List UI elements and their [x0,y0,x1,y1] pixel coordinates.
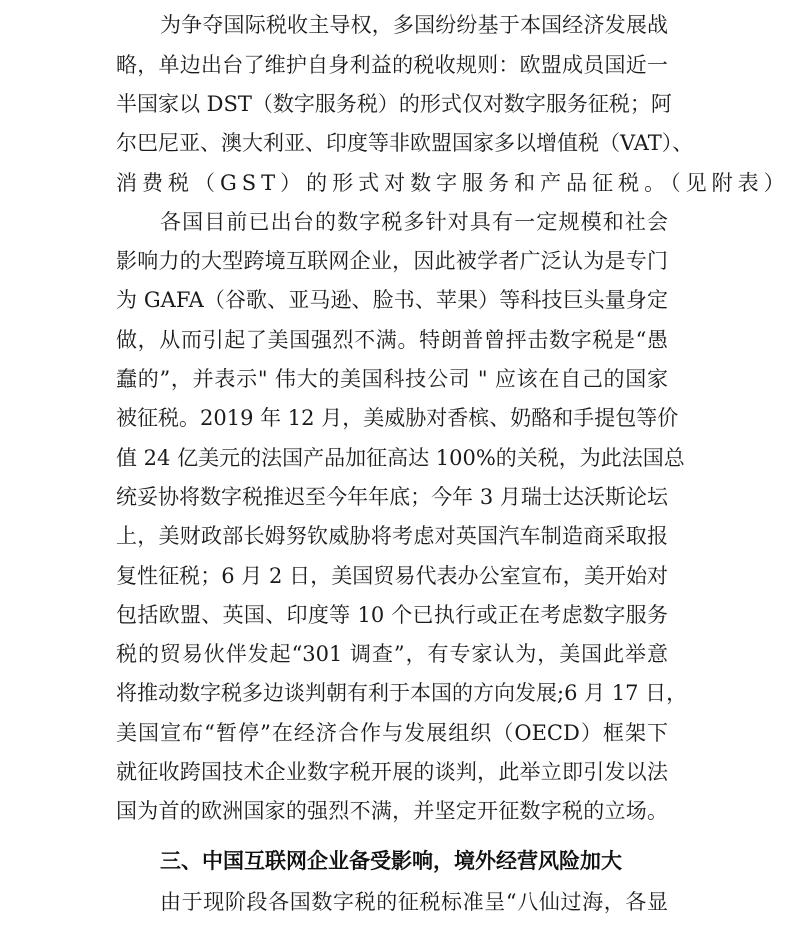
paragraph-2-line-2: 影响力的大型跨境互联网企业，因此被学者广泛认为是专门 [116,246,668,276]
paragraph-2-line-11: 包括欧盟、英国、印度等 10 个已执行或正在考虑数字服务 [116,600,668,630]
section-heading: 三、中国互联网企业备受影响，境外经营风险加大 [160,845,564,877]
paragraph-2-line-16: 国为首的欧洲国家的强烈不满，并坚定开征数字税的立场。 [116,796,668,826]
paragraph-1-line-5: 消费税（GST）的形式对数字服务和产品征税。（见附表） [116,168,668,198]
paragraph-2-line-3: 为 GAFA（谷歌、亚马逊、脸书、苹果）等科技巨头量身定 [116,285,668,315]
paragraph-1-line-3: 半国家以 DST（数字服务税）的形式仅对数字服务征税；阿 [116,89,668,119]
paragraph-2-line-9: 上，美财政部长姆努钦威胁将考虑对英国汽车制造商采取报 [116,521,668,551]
paragraph-2-line-15: 就征收跨国技术企业数字税开展的谈判，此举立即引发以法 [116,757,668,787]
paragraph-2-line-6: 被征税。2019 年 12 月，美威胁对香槟、奶酪和手提包等价 [116,403,668,433]
paragraph-2-line-14: 美国宣布“暂停”在经济合作与发展组织（OECD）框架下 [116,718,668,748]
paragraph-1-line-2: 略，单边出台了维护自身利益的税收规则：欧盟成员国近一 [116,50,668,80]
paragraph-1-line-4: 尔巴尼亚、澳大利亚、印度等非欧盟国家多以增值税（VAT）、 [116,128,668,158]
paragraph-2-line-8: 统妥协将数字税推迟至今年年底；今年 3 月瑞士达沃斯论坛 [116,482,668,512]
paragraph-2-line-1: 各国目前已出台的数字税多针对具有一定规模和社会 [160,207,668,237]
paragraph-2-line-5: 蠢的”，并表示" 伟大的美国科技公司 " 应该在自己的国家 [116,364,668,394]
paragraph-2-line-7: 值 24 亿美元的法国产品加征高达 100%的关税，为此法国总 [116,443,668,473]
paragraph-2-line-12: 税的贸易伙伴发起“301 调查”，有专家认为，美国此举意 [116,639,668,669]
document-page: 为争夺国际税收主导权，多国纷纷基于本国经济发展战 略，单边出台了维护自身利益的税… [0,0,785,925]
paragraph-1-line-1: 为争夺国际税收主导权，多国纷纷基于本国经济发展战 [160,10,668,40]
paragraph-3-line-1: 由于现阶段各国数字税的征税标准呈“八仙过海，各显 [160,887,668,917]
paragraph-2-line-10: 复性征税；6 月 2 日，美国贸易代表办公室宣布，美开始对 [116,561,668,591]
paragraph-2-line-13: 将推动数字税多边谈判朝有利于本国的方向发展;6 月 17 日， [116,678,668,708]
paragraph-2-line-4: 做，从而引起了美国强烈不满。特朗普曾抨击数字税是“愚 [116,325,668,355]
